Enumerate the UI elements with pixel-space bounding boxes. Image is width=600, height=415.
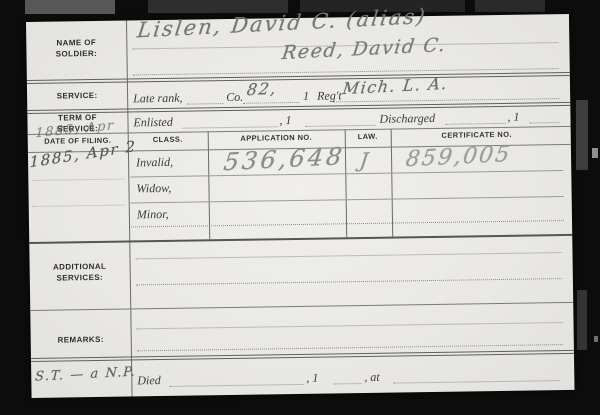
enlisted-count: , 1 (279, 113, 291, 128)
form-line (169, 384, 303, 387)
name-of-soldier-label: NAME OF SOLDIER: (26, 37, 126, 61)
company-label: Co. (226, 90, 243, 105)
regiment-value-handwritten: Mich. L. A. (342, 74, 450, 98)
pension-index-card: NAME OF SOLDIER: SERVICE: TERM OF SERVIC… (26, 14, 575, 398)
certificate-no-value: 859,005 (404, 142, 513, 172)
discharged-count: , 1 (507, 110, 519, 125)
company-count: 1 (303, 89, 309, 104)
form-line (29, 234, 572, 244)
law-header: LAW. (345, 132, 391, 142)
form-line (33, 205, 125, 207)
form-line (136, 278, 562, 285)
form-line (187, 103, 223, 105)
service-label: SERVICE: (27, 90, 127, 103)
film-edge-block (475, 0, 545, 12)
form-line (393, 380, 559, 383)
enlisted-label: Enlisted (133, 115, 173, 131)
form-line (131, 196, 564, 203)
form-line (130, 170, 563, 177)
class-invalid-label: Invalid, (136, 155, 173, 171)
company-value-handwritten: 82, (246, 79, 279, 100)
form-line (27, 72, 570, 84)
film-edge-block (25, 0, 115, 14)
class-widow-label: Widow, (136, 181, 171, 197)
form-line (391, 129, 394, 237)
application-no-header: APPLICATION NO. (208, 132, 345, 143)
form-line (530, 122, 560, 123)
regiment-label: Reg't (317, 88, 342, 103)
class-header: CLASS. (128, 134, 208, 144)
died-at-label: , at (364, 370, 380, 385)
form-line (183, 126, 278, 128)
microfilm-scan: NAME OF SOLDIER: SERVICE: TERM OF SERVIC… (0, 0, 600, 415)
film-edge-streak (576, 100, 588, 170)
form-line (32, 179, 124, 181)
certificate-no-header: CERTIFICATE NO. (391, 129, 563, 141)
film-dust-speck (592, 148, 598, 158)
form-line (131, 220, 564, 227)
remarks-label: REMARKS: (31, 333, 131, 346)
late-rank-label: Late rank, (133, 91, 183, 107)
law-value: J (359, 148, 372, 173)
film-dust-speck (594, 336, 598, 342)
application-no-value: 536,648 (222, 142, 346, 176)
died-count: , 1 (306, 371, 318, 386)
form-line (208, 131, 211, 239)
form-line (306, 125, 376, 127)
form-line (137, 322, 563, 329)
form-line (333, 383, 361, 384)
additional-services-label: ADDITIONAL SERVICES: (30, 260, 130, 284)
died-label: Died (137, 373, 161, 388)
discharged-label: Discharged (379, 111, 435, 127)
form-line (31, 350, 574, 362)
clerk-initials-handwritten: S.T. — a N.P. (35, 365, 137, 385)
class-minor-label: Minor, (137, 207, 169, 222)
alias-name-handwritten: Reed, David C. (281, 34, 448, 64)
film-edge-streak (577, 290, 587, 350)
form-line (243, 102, 299, 104)
form-line (446, 123, 506, 125)
form-line (30, 302, 573, 311)
form-line (136, 252, 562, 259)
